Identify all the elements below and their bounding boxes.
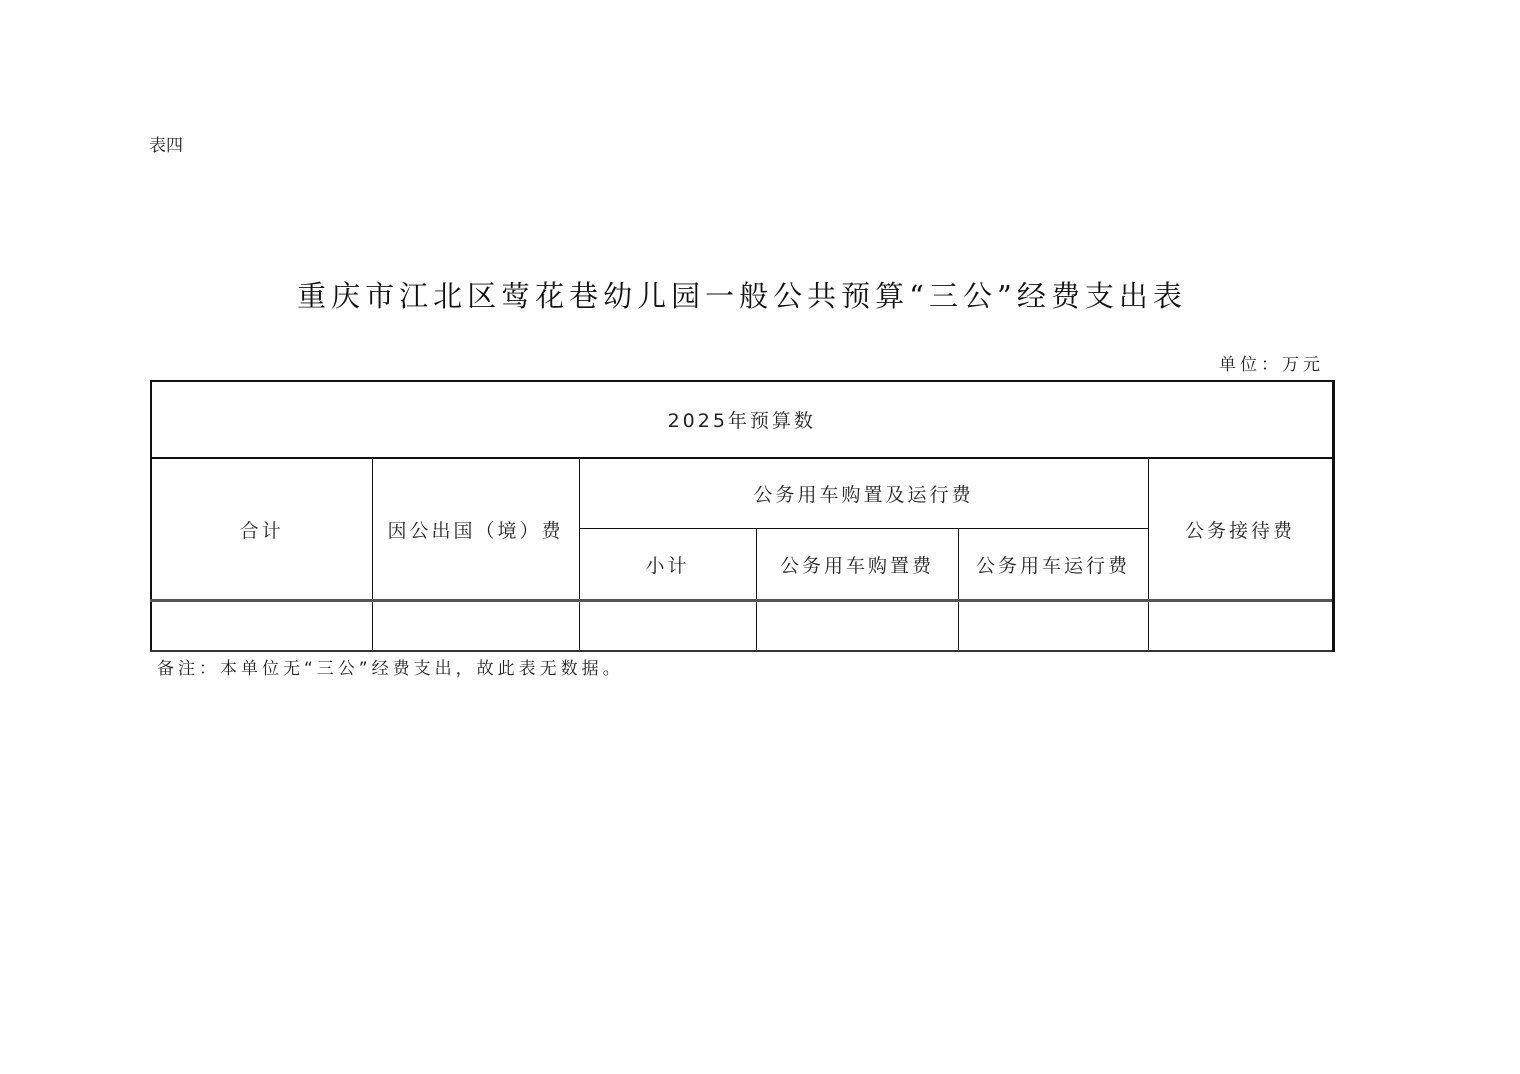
header-total: 合计 (151, 458, 372, 601)
cell-reception (1148, 601, 1333, 652)
header-overseas: 因公出国（境）费 (372, 458, 579, 601)
cell-total (151, 601, 372, 652)
column-header-row-1: 合计 因公出国（境）费 公务用车购置及运行费 公务接待费 (151, 458, 1333, 529)
header-vehicle-group: 公务用车购置及运行费 (579, 458, 1148, 529)
table-row (151, 601, 1333, 652)
header-vehicle-operation: 公务用车运行费 (958, 529, 1148, 601)
cell-overseas (372, 601, 579, 652)
cell-vehicle-subtotal (579, 601, 756, 652)
cell-vehicle-operation (958, 601, 1148, 652)
three-public-expenses-table: 2025年预算数 合计 因公出国（境）费 公务用车购置及运行费 公务接待费 小计… (150, 380, 1335, 652)
table-number-label: 表四 (149, 131, 183, 156)
year-header-cell: 2025年预算数 (151, 381, 1333, 458)
header-vehicle-subtotal: 小计 (579, 529, 756, 601)
header-vehicle-purchase: 公务用车购置费 (756, 529, 958, 601)
unit-label: 单位：万元 (1219, 350, 1324, 375)
year-header-row: 2025年预算数 (151, 381, 1333, 458)
header-reception: 公务接待费 (1148, 458, 1333, 601)
cell-vehicle-purchase (756, 601, 958, 652)
page-title: 重庆市江北区莺花巷幼儿园一般公共预算“三公”经费支出表 (0, 274, 1484, 315)
footnote: 备注：本单位无“三公”经费支出，故此表无数据。 (157, 654, 624, 679)
